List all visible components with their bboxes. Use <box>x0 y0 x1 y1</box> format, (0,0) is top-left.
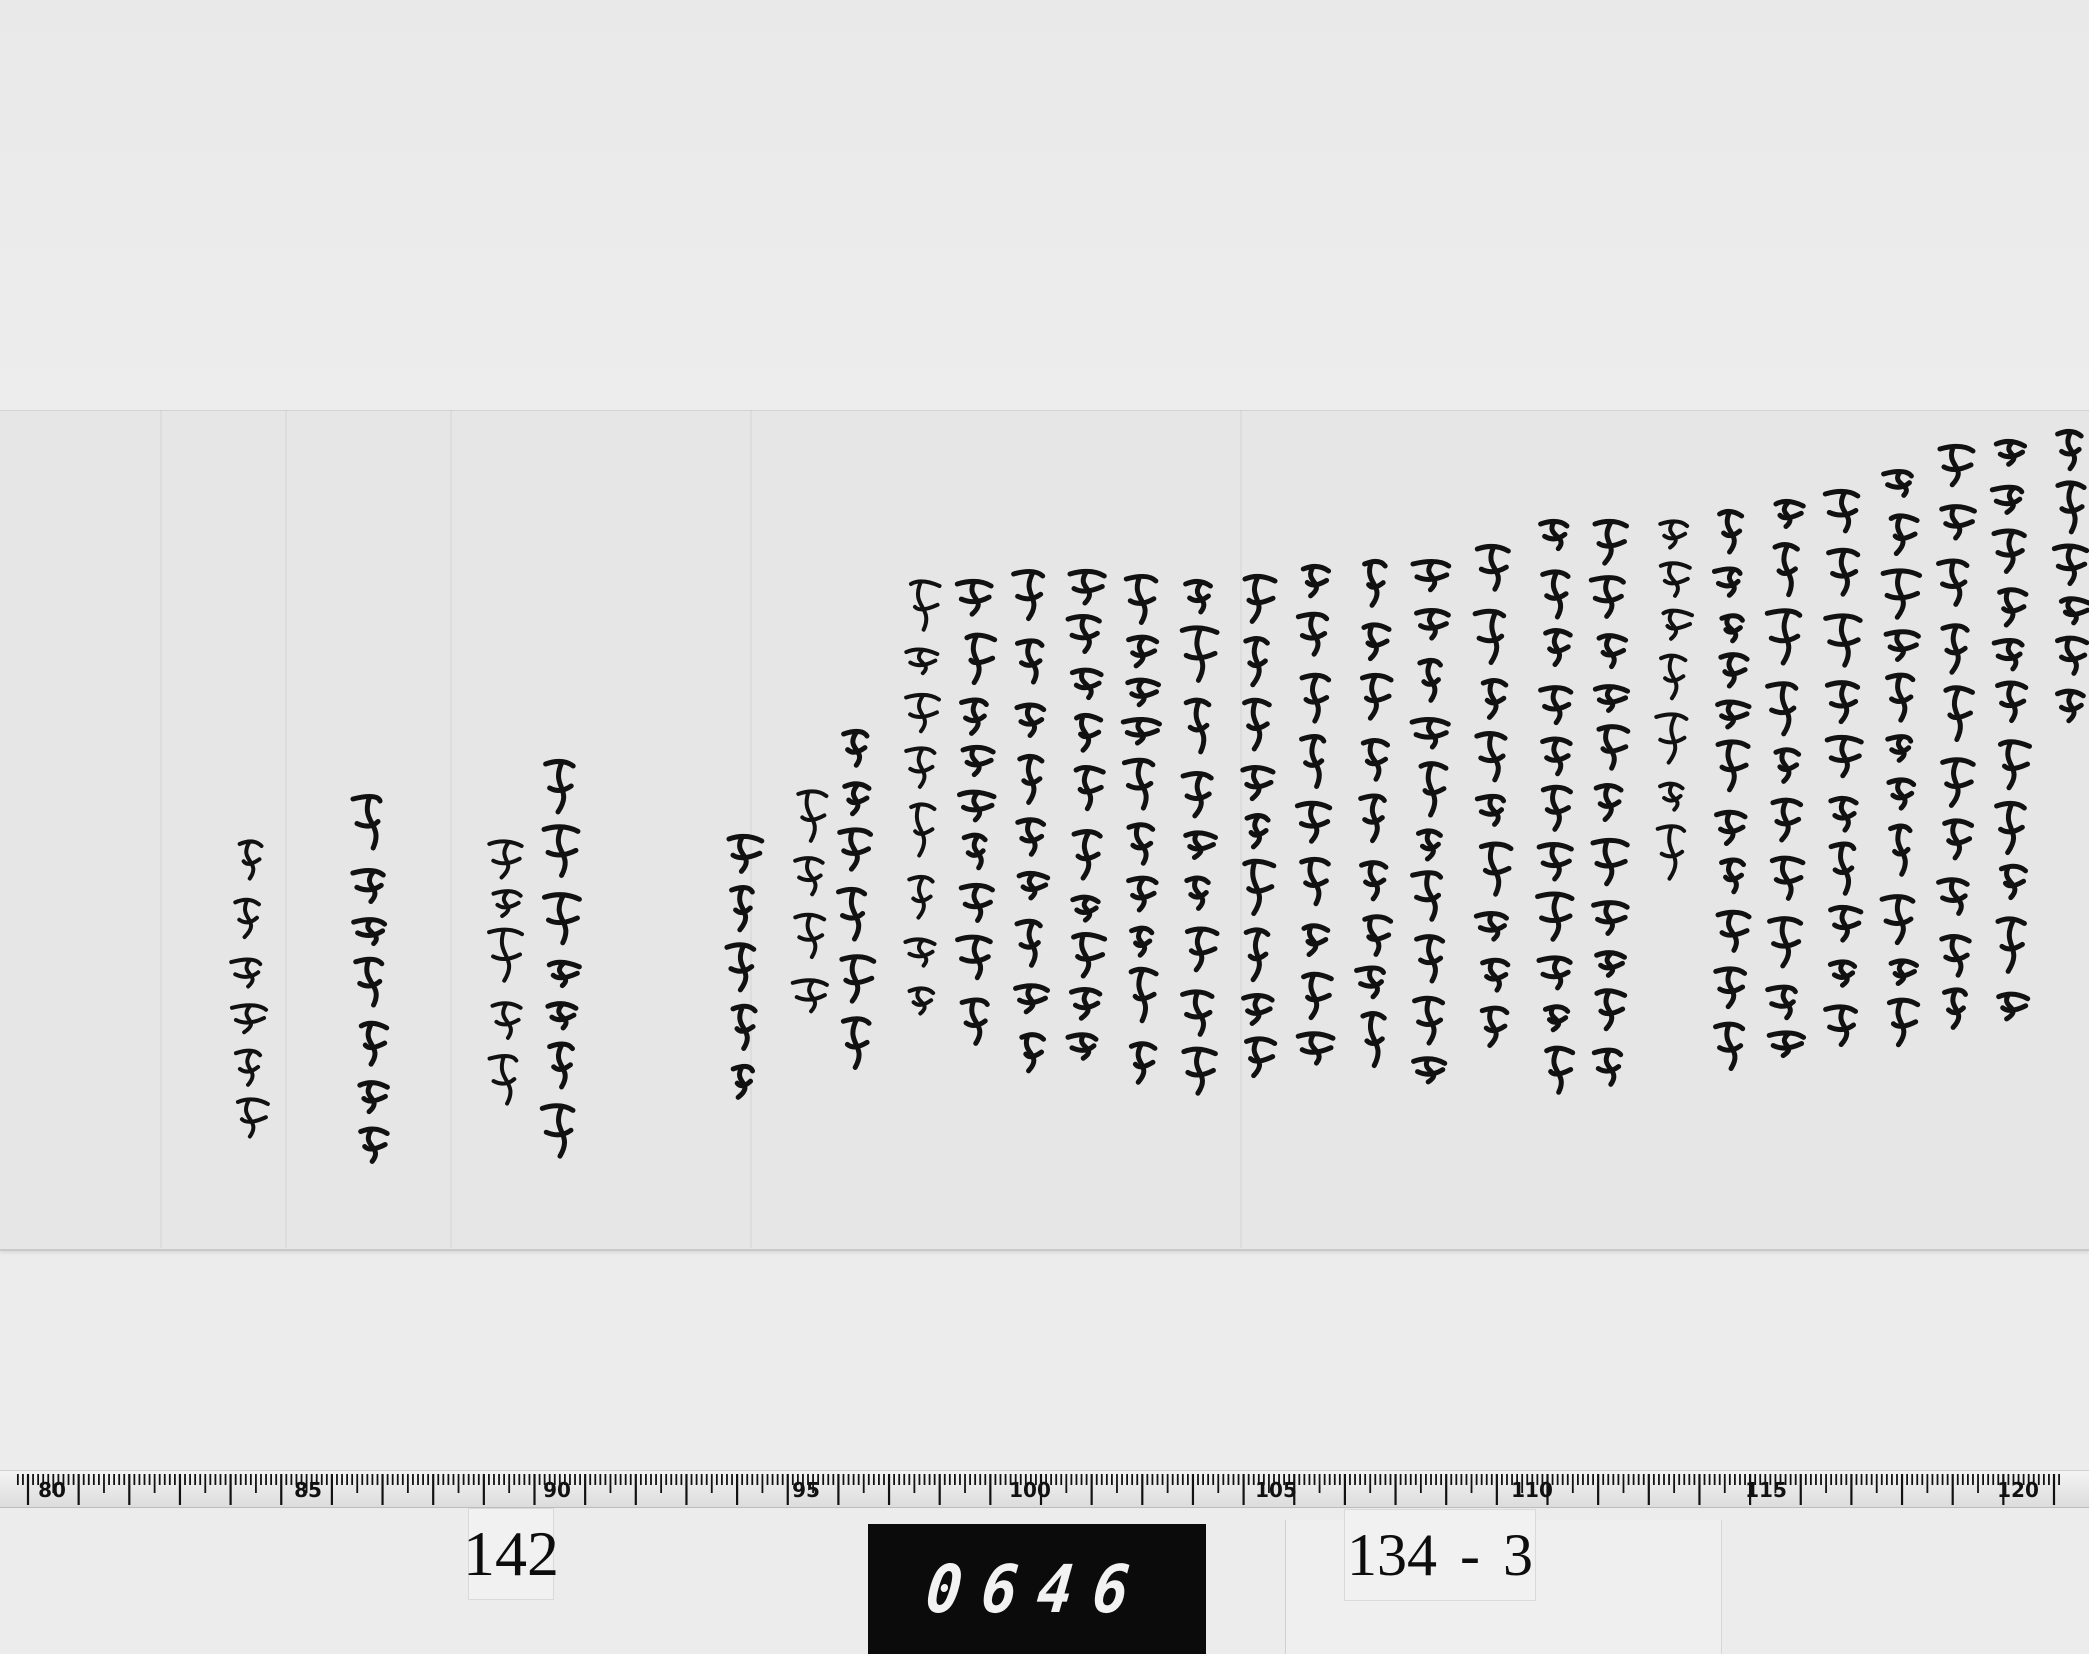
ink-glyph <box>1304 926 1328 955</box>
ink-glyph <box>1826 616 1860 665</box>
ink-glyph <box>1884 471 1912 495</box>
ink-glyph <box>911 581 940 629</box>
ink-glyph <box>1891 826 1910 874</box>
ink-glyph <box>542 1106 573 1156</box>
ink-glyph <box>1770 919 1801 966</box>
reel-number-text: 0646 <box>922 1551 1152 1628</box>
ink-glyph <box>1714 569 1740 595</box>
ink-glyph <box>1417 611 1449 639</box>
ink-glyph <box>1591 578 1623 617</box>
ink-glyph <box>1594 1050 1620 1084</box>
ink-glyph <box>1247 1039 1275 1076</box>
ink-glyph <box>1482 1008 1507 1045</box>
ink-glyph <box>1882 897 1913 943</box>
handwritten-column <box>1925 445 1985 1040</box>
ink-glyph <box>1483 680 1506 717</box>
ink-glyph <box>1595 687 1627 711</box>
ink-glyph <box>962 1000 987 1043</box>
ink-glyph <box>1998 683 2026 721</box>
ink-glyph <box>962 700 987 733</box>
ink-glyph <box>1073 897 1098 920</box>
ink-glyph <box>1131 1044 1155 1082</box>
ink-glyph <box>550 1044 573 1087</box>
ink-glyph <box>1596 785 1621 819</box>
ink-glyph <box>1942 507 1975 538</box>
ink-glyph <box>1891 516 1917 554</box>
ink-glyph <box>1999 994 2028 1019</box>
ink-glyph <box>1014 571 1043 618</box>
handwritten-column <box>340 795 400 1150</box>
ink-glyph <box>1363 1013 1384 1065</box>
ink-glyph <box>1541 688 1571 723</box>
ink-glyph <box>844 731 867 765</box>
ink-glyph <box>490 1056 517 1104</box>
ink-glyph <box>1124 760 1152 808</box>
ink-glyph <box>1721 655 1747 686</box>
ink-glyph <box>1772 858 1803 898</box>
ruler-label: 110 <box>1511 1478 1553 1502</box>
ink-glyph <box>1663 611 1692 639</box>
ink-glyph <box>1022 1035 1044 1071</box>
ink-glyph <box>839 889 865 939</box>
catalog-number-label: 134 - 3 <box>1344 1509 1536 1601</box>
ink-glyph <box>2058 638 2087 673</box>
ink-glyph <box>1718 742 1748 790</box>
ink-glyph <box>1068 1035 1096 1059</box>
ink-glyph <box>1831 907 1861 940</box>
ink-glyph <box>1939 561 1967 604</box>
ink-glyph <box>1070 571 1104 603</box>
ink-glyph <box>1129 878 1157 910</box>
ink-glyph <box>733 1066 752 1097</box>
ruler-label: 115 <box>1745 1478 1787 1502</box>
ink-glyph <box>906 695 939 731</box>
ink-glyph <box>1132 928 1152 955</box>
ink-glyph <box>1074 934 1105 976</box>
handwritten-column <box>1110 575 1170 1085</box>
ink-glyph <box>492 1003 520 1038</box>
ink-glyph <box>1186 833 1216 858</box>
ink-glyph <box>1829 550 1858 594</box>
ruler-ticks: 80859095100105110115120 <box>0 1471 2089 1507</box>
ink-glyph <box>2058 431 2082 468</box>
ink-glyph <box>1302 675 1329 721</box>
ink-glyph <box>1076 767 1103 808</box>
ruler-label: 85 <box>294 1478 322 1502</box>
handwritten-column <box>1055 570 1115 1090</box>
ink-glyph <box>1365 917 1391 955</box>
ink-glyph <box>964 835 985 868</box>
ink-glyph <box>1942 936 1969 975</box>
ink-glyph <box>1302 859 1329 903</box>
ink-glyph <box>1477 734 1505 780</box>
ink-glyph <box>1768 684 1796 734</box>
ink-glyph <box>1129 637 1157 666</box>
ink-glyph <box>1940 446 1973 484</box>
ink-glyph <box>909 877 932 918</box>
ink-glyph <box>1827 737 1861 775</box>
ink-glyph <box>1597 953 1625 976</box>
ink-glyph <box>1543 739 1571 774</box>
ink-glyph <box>236 1051 260 1085</box>
ink-glyph <box>959 792 994 820</box>
ink-glyph <box>1417 937 1443 981</box>
ink-glyph <box>1303 566 1328 595</box>
ink-glyph <box>1187 929 1217 970</box>
ink-glyph <box>1247 816 1268 847</box>
ink-glyph <box>906 748 934 786</box>
ink-glyph <box>1722 860 1744 892</box>
ink-glyph <box>1357 968 1384 997</box>
ink-glyph <box>1364 625 1389 659</box>
ink-glyph <box>798 791 826 840</box>
ink-glyph <box>1830 962 1854 985</box>
ink-glyph <box>840 830 871 869</box>
ink-glyph <box>842 957 874 1001</box>
scan-background <box>0 0 2089 410</box>
handwritten-column <box>712 835 772 1135</box>
ink-glyph <box>1718 702 1749 727</box>
ink-glyph <box>1017 641 1042 682</box>
ink-glyph <box>549 962 579 985</box>
ink-glyph <box>1883 571 1919 617</box>
ink-glyph <box>1071 990 1099 1019</box>
ink-glyph <box>1243 767 1273 798</box>
ink-glyph <box>1477 796 1503 824</box>
ink-glyph <box>1656 714 1686 762</box>
ink-glyph <box>1068 617 1099 652</box>
handwritten-column <box>1642 520 1702 850</box>
ink-glyph <box>1716 969 1745 1007</box>
ink-glyph <box>544 827 578 876</box>
ruler-label: 95 <box>792 1478 820 1502</box>
handwritten-column <box>1525 520 1585 1080</box>
ink-glyph <box>1539 958 1570 988</box>
handwritten-column <box>1400 560 1460 1100</box>
ink-glyph <box>845 784 869 814</box>
ink-glyph <box>1946 688 1973 740</box>
ink-glyph <box>1943 626 1967 673</box>
handwritten-column <box>1813 490 1873 1045</box>
frame-number-label: 142 <box>468 1508 554 1600</box>
ink-glyph <box>1018 820 1044 854</box>
ink-glyph <box>1187 878 1208 908</box>
paper-seam <box>285 410 287 1248</box>
handwritten-column <box>530 760 590 1180</box>
ink-glyph <box>1186 700 1209 752</box>
ink-glyph <box>360 1083 388 1112</box>
ink-glyph <box>489 841 521 877</box>
ink-glyph <box>1768 987 1796 1018</box>
ink-glyph <box>2054 546 2086 584</box>
handwritten-column <box>780 790 840 1025</box>
ink-glyph <box>1415 998 1443 1043</box>
ink-glyph <box>1016 986 1048 1012</box>
handwritten-column <box>1870 470 1930 1060</box>
ink-glyph <box>1128 680 1159 705</box>
ink-glyph <box>2061 599 2089 623</box>
ink-glyph <box>1077 715 1101 750</box>
ink-glyph <box>1996 441 2024 464</box>
ink-glyph <box>2058 483 2084 532</box>
handwritten-column <box>218 840 278 1150</box>
ink-glyph <box>1020 756 1042 802</box>
ink-glyph <box>1017 921 1040 965</box>
ink-glyph <box>546 761 574 811</box>
ink-glyph <box>793 980 827 1011</box>
ink-glyph <box>1945 990 1966 1028</box>
ink-glyph <box>1245 576 1275 621</box>
ink-glyph <box>1019 873 1048 898</box>
ink-glyph <box>1597 991 1625 1029</box>
ink-glyph <box>1421 764 1446 815</box>
handwritten-column <box>945 580 1005 1080</box>
ink-glyph <box>1831 798 1856 830</box>
handwritten-column <box>1226 575 1286 1085</box>
ink-glyph <box>1074 832 1100 879</box>
ink-glyph <box>910 988 934 1013</box>
handwritten-column <box>1700 510 1760 1050</box>
ink-glyph <box>1997 803 2025 852</box>
ink-glyph <box>1661 563 1690 596</box>
ink-glyph <box>1994 531 2024 571</box>
ink-glyph <box>1476 914 1506 940</box>
ink-glyph <box>1826 1007 1856 1045</box>
handwritten-column <box>475 840 535 1135</box>
ink-glyph <box>911 804 934 855</box>
ink-glyph <box>489 930 522 981</box>
ink-glyph <box>1362 863 1386 899</box>
ink-glyph <box>2000 590 2026 625</box>
ink-glyph <box>1660 784 1682 810</box>
ink-glyph <box>905 939 934 965</box>
ink-glyph <box>961 885 992 920</box>
ink-glyph <box>1412 720 1448 748</box>
ink-glyph <box>1017 705 1044 735</box>
ink-glyph <box>493 891 520 916</box>
ink-glyph <box>795 915 824 957</box>
ink-glyph <box>544 895 579 943</box>
ink-glyph <box>733 1006 755 1048</box>
ink-glyph <box>1539 844 1571 878</box>
handwritten-column <box>1980 440 2040 1040</box>
ink-glyph <box>2057 691 2083 721</box>
ink-glyph <box>2001 866 2025 897</box>
ink-glyph <box>235 900 259 937</box>
ink-glyph <box>1413 873 1441 920</box>
ink-glyph <box>231 960 260 987</box>
ink-glyph <box>1245 700 1270 749</box>
ink-glyph <box>1477 546 1508 589</box>
ink-glyph <box>1594 903 1628 934</box>
ink-glyph <box>1767 611 1799 663</box>
handwritten-column <box>1168 580 1228 1085</box>
handwritten-column <box>1578 520 1638 1080</box>
ink-glyph <box>1998 919 2024 972</box>
ruler-label: 80 <box>38 1478 66 1502</box>
ink-glyph <box>353 870 383 901</box>
handwritten-column <box>2040 430 2089 740</box>
ink-glyph <box>1889 1000 1917 1045</box>
ink-glyph <box>795 858 822 894</box>
ink-glyph <box>1546 631 1571 665</box>
ink-glyph <box>1722 616 1743 641</box>
ink-glyph <box>1595 521 1627 563</box>
ink-glyph <box>732 887 753 929</box>
handwritten-column <box>1000 570 1060 1075</box>
ink-glyph <box>1776 750 1799 782</box>
ink-glyph <box>1543 787 1570 829</box>
ink-glyph <box>1475 611 1504 662</box>
ink-glyph <box>1943 760 1974 806</box>
ink-glyph <box>1827 683 1857 722</box>
ink-glyph <box>1413 561 1449 589</box>
ink-glyph <box>727 945 754 990</box>
ink-glyph <box>1599 727 1628 769</box>
ruler-label: 105 <box>1255 1478 1297 1502</box>
handwritten-column <box>1755 500 1815 1055</box>
reel-number-badge: 0646 <box>868 1524 1206 1654</box>
catalog-number-text: 134 - 3 <box>1347 1521 1533 1590</box>
ink-glyph <box>957 581 991 614</box>
ink-glyph <box>1131 969 1156 1020</box>
ink-glyph <box>238 1099 268 1136</box>
ink-glyph <box>1831 844 1854 893</box>
ink-glyph <box>729 836 762 871</box>
handwritten-column <box>890 580 950 1050</box>
ink-glyph <box>1365 561 1386 605</box>
ink-glyph <box>1361 796 1385 841</box>
ink-glyph <box>1420 660 1441 700</box>
ink-glyph <box>1888 737 1911 761</box>
ink-glyph <box>1545 1007 1567 1030</box>
paper-seam <box>450 410 452 1248</box>
ink-glyph <box>361 1023 386 1064</box>
ink-glyph <box>1418 831 1440 859</box>
ink-glyph <box>1298 1034 1333 1063</box>
ink-glyph <box>1483 960 1508 990</box>
ink-glyph <box>1718 912 1749 950</box>
ink-glyph <box>1891 961 1916 984</box>
ink-glyph <box>356 959 382 1005</box>
ink-glyph <box>1414 1059 1445 1082</box>
ink-glyph <box>1593 840 1627 883</box>
ink-glyph <box>1776 501 1803 526</box>
ink-glyph <box>963 747 993 774</box>
handwritten-column <box>1283 565 1343 1090</box>
ink-glyph <box>1720 511 1742 552</box>
ink-glyph <box>1889 780 1914 808</box>
ink-glyph <box>1939 880 1968 914</box>
ink-glyph <box>2000 742 2029 788</box>
ink-glyph <box>354 920 385 944</box>
ink-glyph <box>240 841 262 878</box>
ink-glyph <box>1302 737 1324 787</box>
ink-glyph <box>1244 996 1273 1024</box>
ink-glyph <box>1126 576 1156 622</box>
ink-glyph <box>1481 844 1511 894</box>
ink-glyph <box>1183 773 1211 815</box>
ink-glyph <box>1072 670 1101 698</box>
ink-glyph <box>1717 812 1746 843</box>
ink-glyph <box>1825 491 1858 530</box>
ruler-label: 90 <box>543 1478 571 1502</box>
paper-seam <box>160 410 162 1248</box>
ink-glyph <box>1182 628 1217 680</box>
ink-glyph <box>906 649 937 673</box>
handwritten-column <box>1343 560 1403 1090</box>
ink-glyph <box>1362 675 1391 718</box>
ink-glyph <box>1186 581 1211 612</box>
ink-glyph <box>1246 639 1268 685</box>
ink-glyph <box>1183 992 1212 1034</box>
ruler-label: 120 <box>1997 1478 2039 1502</box>
ink-glyph <box>1298 614 1326 654</box>
ink-glyph <box>1123 719 1159 743</box>
ink-glyph <box>1297 803 1329 841</box>
ink-glyph <box>1888 675 1913 720</box>
ink-glyph <box>1538 894 1572 939</box>
frame-number-text: 142 <box>463 1517 559 1591</box>
ink-glyph <box>1769 1033 1803 1056</box>
ink-glyph <box>1773 800 1801 840</box>
measurement-ruler: 80859095100105110115120 <box>0 1470 2089 1508</box>
ink-glyph <box>353 796 380 848</box>
handwritten-column <box>1463 545 1523 1085</box>
ink-glyph <box>1599 636 1626 667</box>
ink-glyph <box>232 1005 266 1032</box>
ink-glyph <box>1363 741 1387 780</box>
ink-glyph <box>1886 632 1918 660</box>
ink-glyph <box>1992 487 2021 512</box>
ink-glyph <box>958 937 991 978</box>
ruler-label: 100 <box>1009 1478 1051 1502</box>
ink-glyph <box>1304 974 1332 1017</box>
ink-glyph <box>1129 825 1153 863</box>
ink-glyph <box>1661 656 1685 699</box>
ink-glyph <box>967 635 995 682</box>
ink-glyph <box>1543 572 1568 617</box>
ink-glyph <box>1245 861 1274 913</box>
ink-glyph <box>548 1004 576 1028</box>
ink-glyph <box>1994 640 2022 668</box>
ink-glyph <box>1775 545 1797 595</box>
ink-glyph <box>1541 521 1567 548</box>
ink-glyph <box>1660 521 1687 547</box>
ink-glyph <box>1945 821 1972 858</box>
ink-glyph <box>1246 930 1268 980</box>
